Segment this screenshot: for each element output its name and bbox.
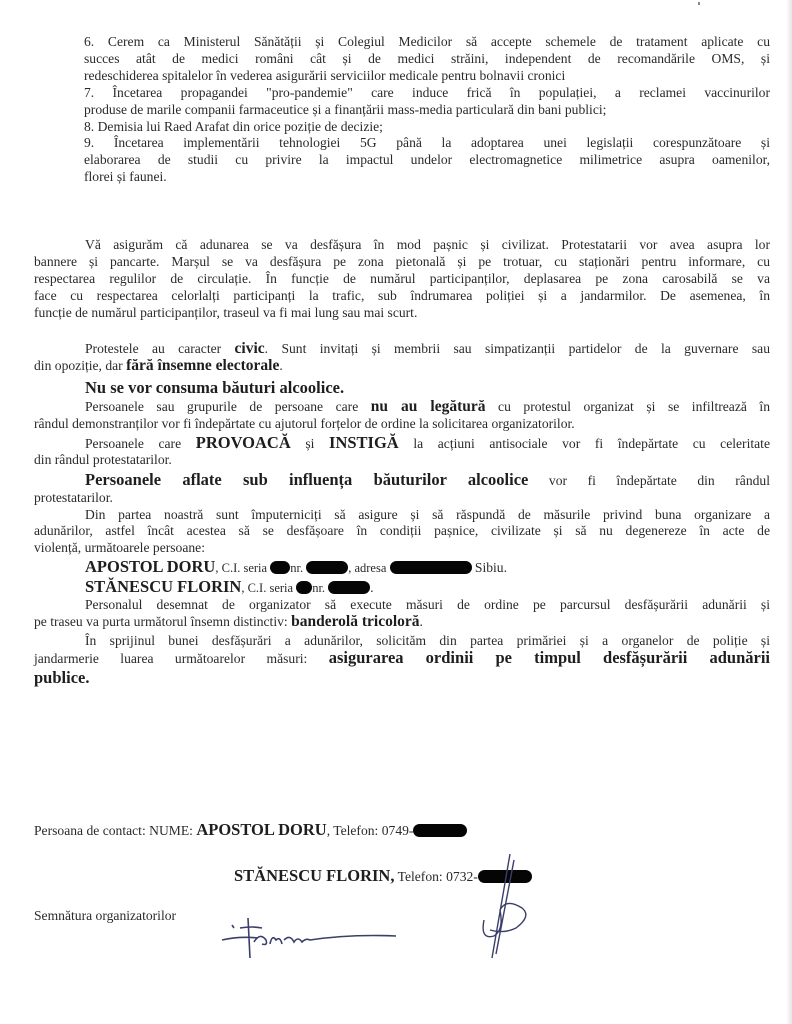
page-edge-shadow xyxy=(786,0,792,1024)
contact-phone-2: Telefon: 0732- xyxy=(394,869,477,884)
demand-6-line-3: redeschiderea spitalelor în vederea asig… xyxy=(84,68,770,85)
demand-9-line-1: 9. Încetarea implementării tehnologiei 5… xyxy=(84,135,770,152)
signature-apostol-icon xyxy=(470,850,540,970)
scan-speck xyxy=(698,2,700,5)
person-apostol: APOSTOL DORU, C.I. seria nr. , adresa Si… xyxy=(34,557,770,577)
demand-9-line-2: elaborarea de studii cu privire la impac… xyxy=(84,152,770,169)
demands-list: 6. Cerem ca Ministerul Sănătății și Cole… xyxy=(84,34,770,186)
unrelated-line-1: Persoanele sau grupurile de persoane car… xyxy=(34,399,770,416)
unrelated-emphasis: nu au legătură xyxy=(371,398,486,415)
no-electoral-insignia: fără însemne electorale xyxy=(126,357,279,374)
empowered-line-3: violență, următoarele persoane: xyxy=(34,540,770,557)
intoxicated-line-1: Persoanele aflate sub influența băuturil… xyxy=(34,469,770,490)
assurance-line-3: respectarea regulilor de circulație. În … xyxy=(34,271,770,288)
signature-stanescu-icon xyxy=(210,900,410,970)
demand-7-line-1: 7. Încetarea propagandei "pro-pandemie" … xyxy=(84,85,770,102)
contact-phone-1: , Telefon: 0749- xyxy=(327,823,414,838)
instigate-emphasis: INSTIGĂ xyxy=(329,433,399,452)
demand-8-line-1: 8. Demisia lui Raed Arafat din orice poz… xyxy=(84,119,770,136)
demand-6-line-2: succes atât de medici români cât și de m… xyxy=(84,51,770,68)
civic-emphasis: civic xyxy=(235,340,265,357)
intoxicated-line-2: protestatarilor. xyxy=(34,490,770,507)
empowered-line-1: Din partea noastră sunt împuterniciți să… xyxy=(34,507,770,524)
person-name: APOSTOL DORU xyxy=(85,557,215,576)
provokers-line-1: Persoanele care PROVOACĂ și INSTIGĂ la a… xyxy=(34,433,770,452)
no-alcohol-statement: Nu se vor consuma băuturi alcoolice. xyxy=(34,377,770,399)
unrelated-line-2: rândul demonstranților vor fi îndepărtat… xyxy=(34,416,770,433)
contact-name-2: STĂNESCU FLORIN, xyxy=(234,866,394,885)
demand-7-line-2: produse de marile companii farmaceutice … xyxy=(84,102,770,119)
redacted-ci-series xyxy=(270,561,290,574)
assurance-line-2: bannere și pancarte. Marșul se va desfăș… xyxy=(34,254,770,271)
redacted-ci-number xyxy=(328,581,370,594)
provoke-emphasis: PROVOACĂ xyxy=(196,433,291,452)
empowered-line-2: adunărilor, astfel încât acestea să se d… xyxy=(34,523,770,540)
assurance-line-5: funcție de numărul participanților, tras… xyxy=(34,305,770,322)
rules-section: Protestele au caracter civic. Sunt invit… xyxy=(34,341,770,687)
contact-line-2: STĂNESCU FLORIN, Telefon: 0732- xyxy=(234,868,634,886)
civic-line-2: din opoziție, dar fără însemne electoral… xyxy=(34,358,770,377)
support-line-3: publice. xyxy=(34,670,770,687)
designated-line-2: pe traseu va purta următorul însemn dist… xyxy=(34,614,770,633)
designated-line-1: Personalul desemnat de organizator să ex… xyxy=(34,597,770,614)
provokers-line-2: din rândul protestatarilor. xyxy=(34,452,770,469)
redacted-address xyxy=(390,561,472,574)
support-line-2: jandarmerie luarea următoarelor măsuri: … xyxy=(34,650,770,670)
contact-line-1: Persoana de contact: NUME: APOSTOL DORU,… xyxy=(34,822,774,840)
intoxicated-emphasis: Persoanele aflate sub influența băuturil… xyxy=(85,470,528,489)
contact-name-1: APOSTOL DORU xyxy=(196,820,326,839)
assurance-paragraph: Vă asigurăm că adunarea se va desfășura … xyxy=(34,237,770,322)
demand-9-line-3: florei și faunei. xyxy=(84,169,770,186)
tricolor-armband: banderolă tricoloră xyxy=(291,613,419,630)
redacted-ci-series xyxy=(296,581,312,594)
demand-6-line-1: 6. Cerem ca Ministerul Sănătății și Cole… xyxy=(84,34,770,51)
person-name: STĂNESCU FLORIN xyxy=(85,577,241,596)
contact-label: Persoana de contact: NUME: xyxy=(34,823,196,838)
document-page: 6. Cerem ca Ministerul Sănătății și Cole… xyxy=(0,0,792,1024)
redacted-phone-1 xyxy=(413,824,467,837)
assurance-line-4: face cu respectarea celorlalți participa… xyxy=(34,288,770,305)
signature-label: Semnătura organizatorilor xyxy=(34,908,176,924)
person-stanescu: STĂNESCU FLORIN, C.I. seria nr. . xyxy=(34,577,770,597)
requested-measures: asigurarea ordinii pe timpul desfășurări… xyxy=(329,648,770,667)
civic-line-1: Protestele au caracter civic. Sunt invit… xyxy=(34,341,770,358)
assurance-line-1: Vă asigurăm că adunarea se va desfășura … xyxy=(34,237,770,254)
redacted-ci-number xyxy=(306,561,348,574)
